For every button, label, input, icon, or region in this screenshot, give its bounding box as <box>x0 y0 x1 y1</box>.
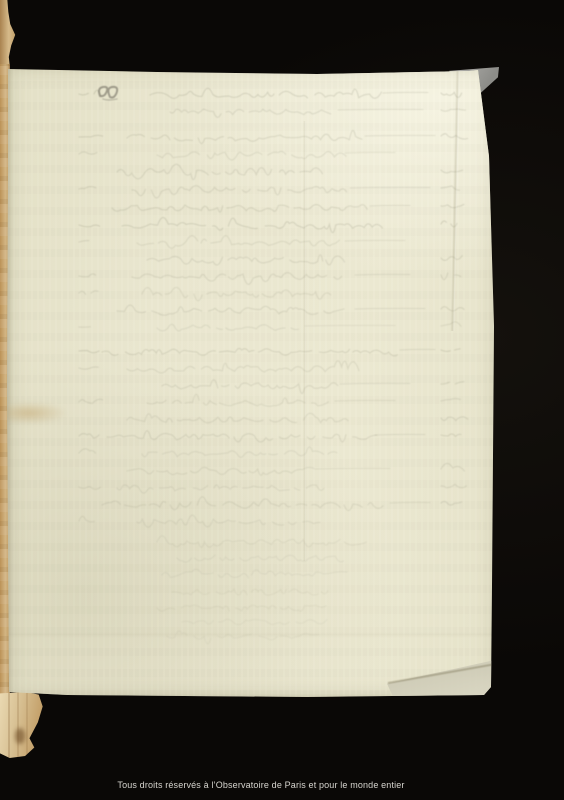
binding-strip-top <box>0 0 16 67</box>
copyright-text: Tous droits réservés à l’Observatoire de… <box>117 780 404 790</box>
binding-strip-torn-end <box>0 692 44 758</box>
scan-stage: Tous droits réservés à l’Observatoire de… <box>0 0 564 800</box>
horizontal-crease <box>7 632 497 638</box>
ink-bleedthrough-handwriting <box>7 66 497 698</box>
paper-stain <box>3 402 67 424</box>
vertical-crease-center <box>303 121 306 561</box>
copyright-footer: Tous droits réservés à l’Observatoire de… <box>0 779 543 792</box>
manuscript-page <box>7 66 497 698</box>
